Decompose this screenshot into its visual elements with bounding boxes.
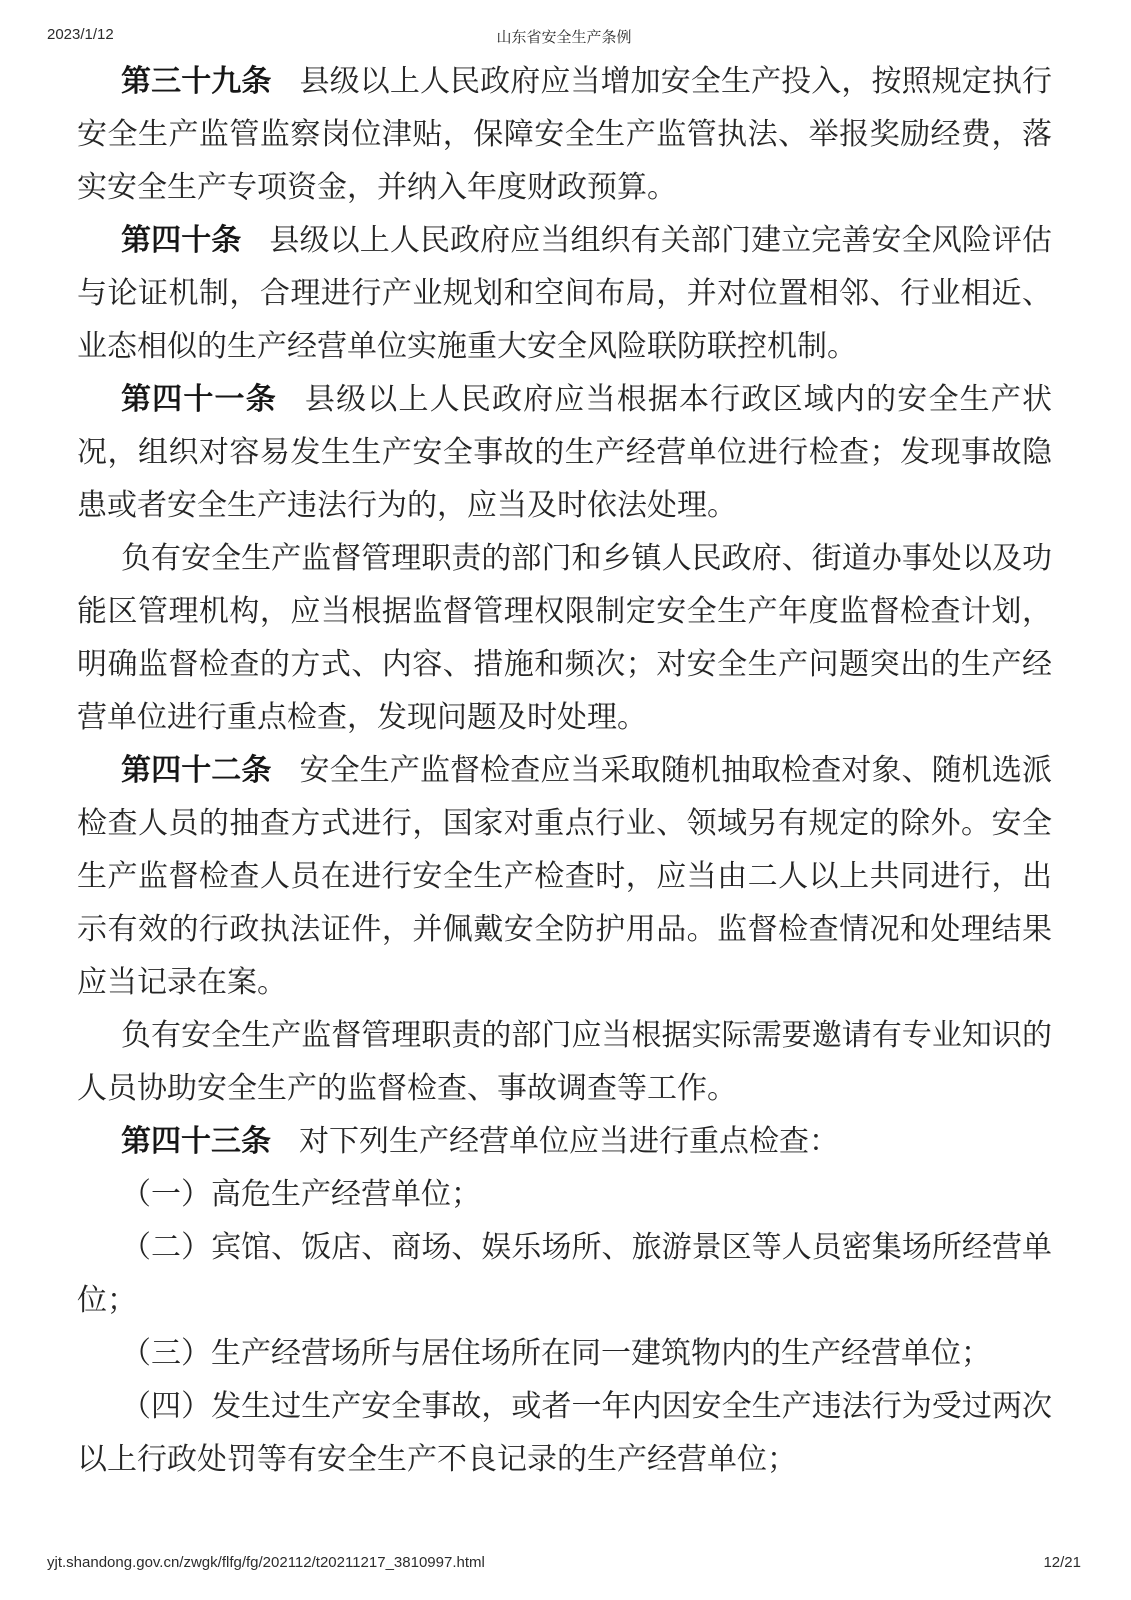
paragraph-text: 负有安全生产监督管理职责的部门和乡镇人民政府、街道办事处以及功能区管理机构，应当… bbox=[77, 542, 1052, 734]
paragraph: 第四十一条县级以上人民政府应当根据本行政区域内的安全生产状况，组织对容易发生生产… bbox=[77, 373, 1052, 532]
article-number: 第四十一条 bbox=[121, 383, 305, 416]
article-number: 第四十二条 bbox=[121, 754, 300, 787]
printed-document-page: 2023/1/12 山东省安全生产条例 第三十九条县级以上人民政府应当增加安全生… bbox=[0, 0, 1131, 1600]
paragraph: 第四十二条安全生产监督检查应当采取随机抽取检查对象、随机选派检查人员的抽查方式进… bbox=[77, 744, 1052, 1009]
paragraph-text: （一）高危生产经营单位； bbox=[121, 1178, 481, 1211]
print-header: 2023/1/12 山东省安全生产条例 bbox=[47, 26, 1081, 46]
article-number: 第三十九条 bbox=[121, 65, 300, 98]
document-body: 第三十九条县级以上人民政府应当增加安全生产投入，按照规定执行安全生产监管监察岗位… bbox=[77, 55, 1052, 1486]
page-number: 12/21 bbox=[1043, 1554, 1081, 1571]
paragraph: （三）生产经营场所与居住场所在同一建筑物内的生产经营单位； bbox=[77, 1327, 1052, 1380]
paragraph: 负有安全生产监督管理职责的部门应当根据实际需要邀请有专业知识的人员协助安全生产的… bbox=[77, 1009, 1052, 1115]
paragraph-text: 负有安全生产监督管理职责的部门应当根据实际需要邀请有专业知识的人员协助安全生产的… bbox=[77, 1019, 1052, 1105]
paragraph-text: （三）生产经营场所与居住场所在同一建筑物内的生产经营单位； bbox=[121, 1337, 991, 1370]
article-number: 第四十三条 bbox=[121, 1125, 299, 1158]
paragraph-text: 安全生产监督检查应当采取随机抽取检查对象、随机选派检查人员的抽查方式进行，国家对… bbox=[77, 754, 1052, 999]
paragraph: 第四十三条对下列生产经营单位应当进行重点检查： bbox=[77, 1115, 1052, 1168]
paragraph-text: 对下列生产经营单位应当进行重点检查： bbox=[299, 1125, 839, 1158]
paragraph: 负有安全生产监督管理职责的部门和乡镇人民政府、街道办事处以及功能区管理机构，应当… bbox=[77, 532, 1052, 744]
document-title: 山东省安全生产条例 bbox=[47, 26, 1081, 47]
paragraph-text: （四）发生过生产安全事故，或者一年内因安全生产违法行为受过两次以上行政处罚等有安… bbox=[77, 1390, 1052, 1476]
paragraph: （一）高危生产经营单位； bbox=[77, 1168, 1052, 1221]
paragraph: 第三十九条县级以上人民政府应当增加安全生产投入，按照规定执行安全生产监管监察岗位… bbox=[77, 55, 1052, 214]
paragraph: （四）发生过生产安全事故，或者一年内因安全生产违法行为受过两次以上行政处罚等有安… bbox=[77, 1380, 1052, 1486]
article-number: 第四十条 bbox=[121, 224, 269, 257]
footer-url: yjt.shandong.gov.cn/zwgk/flfg/fg/202112/… bbox=[47, 1554, 485, 1571]
paragraph: 第四十条县级以上人民政府应当组织有关部门建立完善安全风险评估与论证机制，合理进行… bbox=[77, 214, 1052, 373]
print-footer: yjt.shandong.gov.cn/zwgk/flfg/fg/202112/… bbox=[47, 1554, 1081, 1574]
paragraph-text: （二）宾馆、饭店、商场、娱乐场所、旅游景区等人员密集场所经营单位； bbox=[77, 1231, 1052, 1317]
paragraph: （二）宾馆、饭店、商场、娱乐场所、旅游景区等人员密集场所经营单位； bbox=[77, 1221, 1052, 1327]
